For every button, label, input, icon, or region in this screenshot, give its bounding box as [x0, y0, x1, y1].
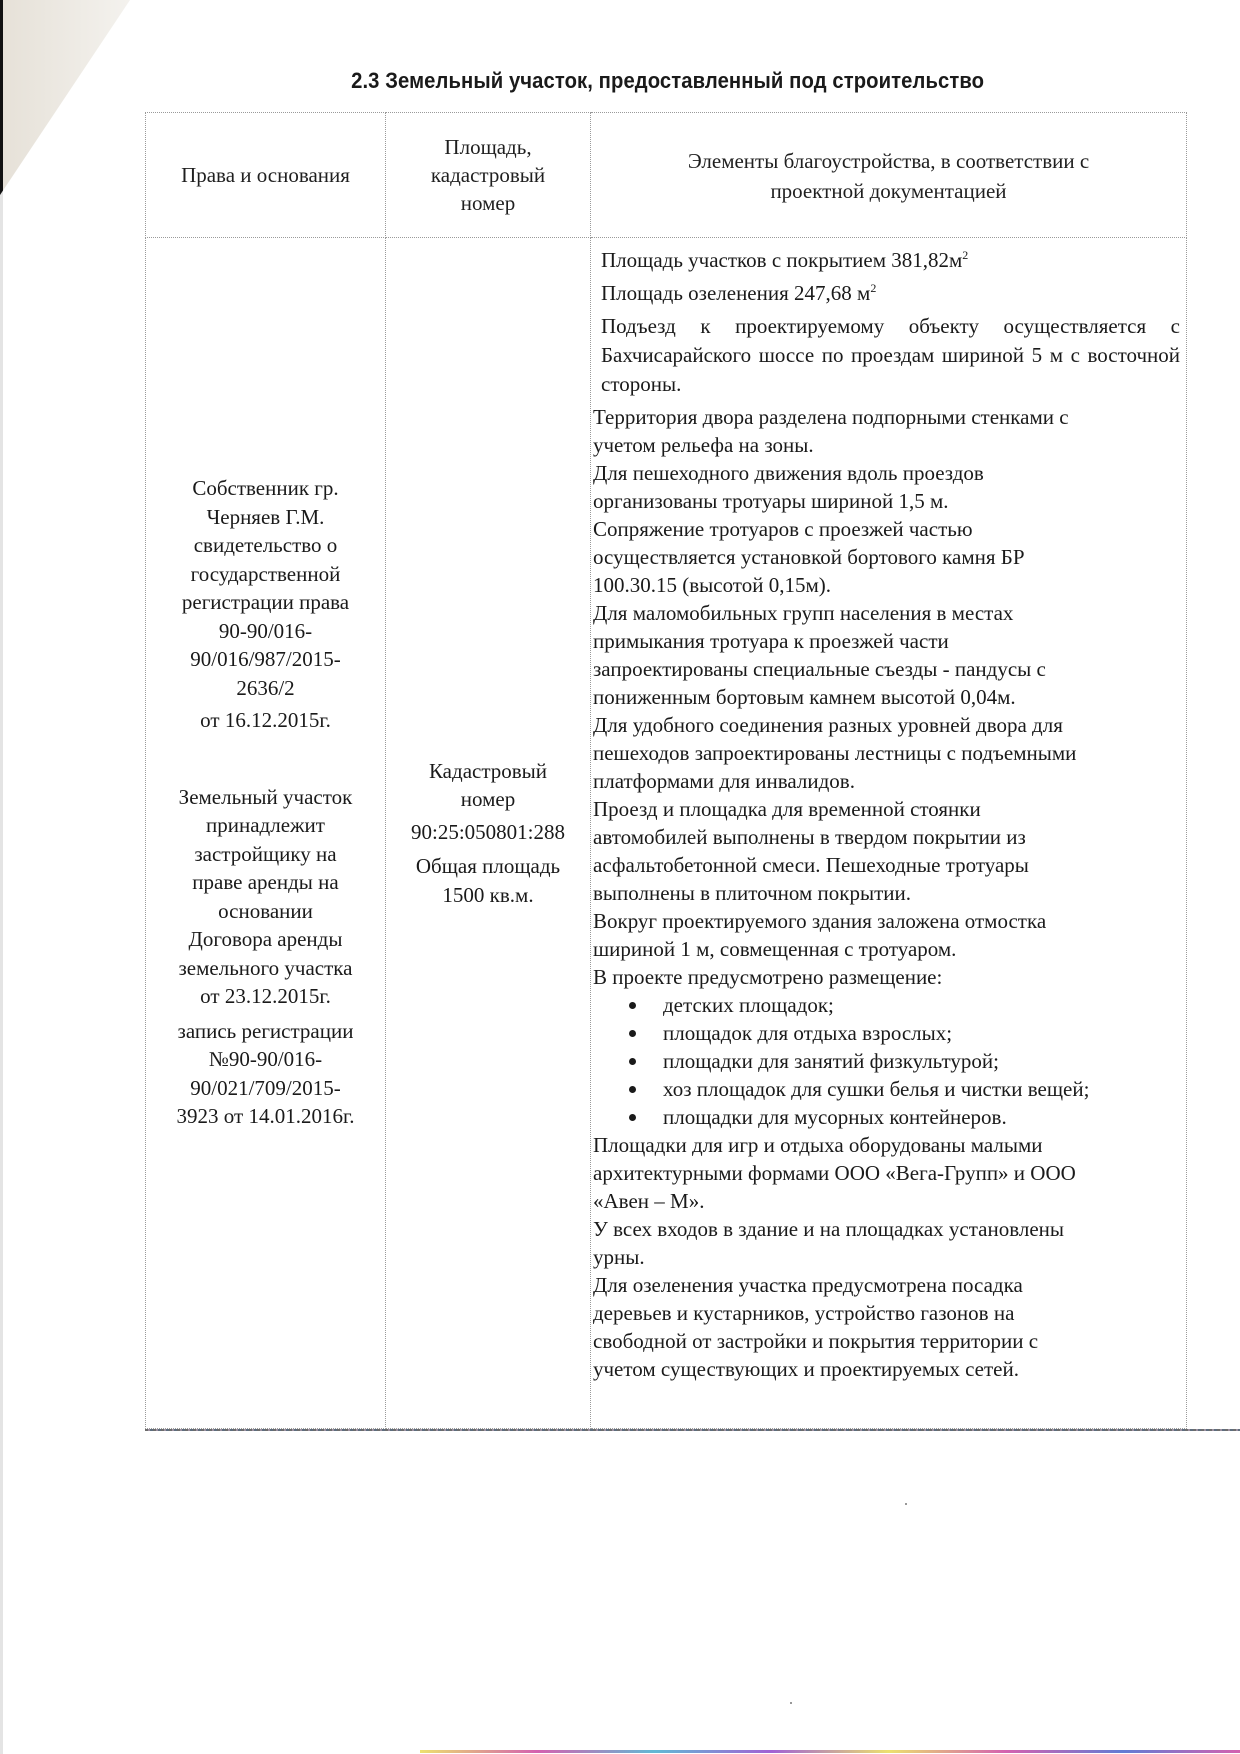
paragraph-line: шириной 1 м, совмещенная с тротуаром.: [593, 935, 1186, 963]
registration-record: запись регистрации №90-90/016- 90/021/70…: [146, 1017, 385, 1131]
improvements-cell: Площадь участков с покрытием 381,82м2 Пл…: [591, 238, 1187, 1429]
paragraph-line: архитектурными формами ООО «Вега-Групп» …: [593, 1159, 1186, 1187]
paragraph-line: Для удобного соединения разных уровней д…: [593, 711, 1186, 739]
paragraph-line: свободной от застройки и покрытия террит…: [593, 1327, 1186, 1355]
owner-certificate: Собственник гр. Черняев Г.М. свидетельст…: [146, 238, 385, 735]
improvements-paragraphs: Территория двора разделена подпорными ст…: [591, 403, 1186, 963]
paragraph-line: урны.: [593, 1243, 1186, 1271]
section-title: 2.3 Земельный участок, предоставленный п…: [51, 68, 1192, 94]
facilities-intro: В проекте предусмотрено размещение:: [593, 963, 1186, 991]
paragraph-line: примыкания тротуара к проезжей части: [593, 627, 1186, 655]
paragraph-line: пониженным бортовым камнем высотой 0,04м…: [593, 683, 1186, 711]
scan-color-streak: [420, 1750, 1240, 1753]
list-item: детских площадок;: [663, 991, 1186, 1019]
improvements-closing-paragraphs: Площадки для игр и отдыха оборудованы ма…: [591, 1131, 1186, 1383]
paragraph-line: осуществляется установкой бортового камн…: [593, 543, 1186, 571]
lease-agreement: Земельный участок принадлежит застройщик…: [146, 783, 385, 1011]
paragraph-line: деревьев и кустарников, устройство газон…: [593, 1299, 1186, 1327]
list-item: хоз площадок для сушки белья и чистки ве…: [663, 1075, 1186, 1103]
rights-cell: Собственник гр. Черняев Г.М. свидетельст…: [146, 238, 386, 1429]
list-item: площадки для мусорных контейнеров.: [663, 1103, 1186, 1131]
paragraph-line: Для маломобильных групп населения в мест…: [593, 599, 1186, 627]
facilities-section: В проекте предусмотрено размещение: детс…: [591, 963, 1186, 1131]
table-row: Собственник гр. Черняев Г.М. свидетельст…: [146, 238, 1187, 1429]
list-item: площадок для отдыха взрослых;: [663, 1019, 1186, 1047]
scan-edge: [0, 0, 3, 1754]
paragraph-line: Территория двора разделена подпорными ст…: [593, 403, 1186, 431]
paragraph-line: платформами для инвалидов.: [593, 767, 1186, 795]
paragraph-line: Вокруг проектируемого здания заложена от…: [593, 907, 1186, 935]
paragraph-line: «Авен – М».: [593, 1187, 1186, 1215]
paragraph-line: асфальтобетонной смеси. Пешеходные троту…: [593, 851, 1186, 879]
list-item: площадки для занятий физкультурой;: [663, 1047, 1186, 1075]
paragraph-line: Сопряжение тротуаров с проезжей частью: [593, 515, 1186, 543]
green-area: Площадь озеленения 247,68 м2: [601, 279, 1186, 308]
paragraph-line: пешеходов запроектированы лестницы с под…: [593, 739, 1186, 767]
paragraph-line: автомобилей выполнены в твердом покрытии…: [593, 823, 1186, 851]
table-header-row: Права и основания Площадь, кадастровый н…: [146, 113, 1187, 238]
plot-cell: Кадастровый номер 90:25:050801:288 Общая…: [386, 238, 591, 1429]
cadastral-number: 90:25:050801:288: [386, 818, 590, 847]
header-improvements: Элементы благоустройства, в соответствии…: [591, 113, 1187, 238]
total-area: Общая площадь: [386, 852, 590, 881]
paragraph-line: учетом рельефа на зоны.: [593, 431, 1186, 459]
paragraph-line: Проезд и площадка для временной стоянки: [593, 795, 1186, 823]
owner-certificate-date: от 16.12.2015г.: [146, 706, 385, 735]
land-plot-table: Права и основания Площадь, кадастровый н…: [145, 112, 1187, 1429]
improvements-summary: Площадь участков с покрытием 381,82м2 Пл…: [591, 238, 1186, 399]
paragraph-line: 100.30.15 (высотой 0,15м).: [593, 571, 1186, 599]
scan-speck: [905, 1503, 907, 1505]
access-road: Подъезд к проектируемому объекту осущест…: [601, 312, 1186, 399]
paragraph-line: У всех входов в здание и на площадках ус…: [593, 1215, 1186, 1243]
paragraph-line: организованы тротуары шириной 1,5 м.: [593, 487, 1186, 515]
scan-speck: [790, 1702, 792, 1704]
header-rights: Права и основания: [146, 113, 386, 238]
paragraph-line: запроектированы специальные съезды - пан…: [593, 655, 1186, 683]
paragraph-line: Площадки для игр и отдыха оборудованы ма…: [593, 1131, 1186, 1159]
paragraph-line: выполнены в плиточном покрытии.: [593, 879, 1186, 907]
table-bottom-rule: [145, 1429, 1240, 1431]
paragraph-line: Для пешеходного движения вдоль проездов: [593, 459, 1186, 487]
paragraph-line: учетом существующих и проектируемых сете…: [593, 1355, 1186, 1383]
facilities-list: детских площадок; площадок для отдыха вз…: [593, 991, 1186, 1131]
header-area-cadastral: Площадь, кадастровый номер: [386, 113, 591, 238]
paved-area: Площадь участков с покрытием 381,82м2: [601, 246, 1186, 275]
paragraph-line: Для озеленения участка предусмотрена пос…: [593, 1271, 1186, 1299]
scan-corner-shadow: [0, 0, 130, 195]
